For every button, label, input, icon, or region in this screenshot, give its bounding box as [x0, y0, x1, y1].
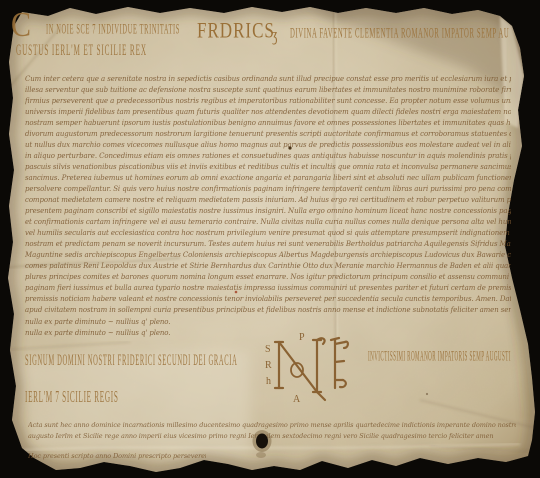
monogram-letter-r: R	[265, 360, 272, 371]
body-script-line: universis imperii fidelibus tam presenti…	[25, 108, 511, 116]
body-script-line: presentem paginam conscribi et sigillo m…	[25, 207, 511, 215]
recognitio-line: INVICTISSIMI ROMANOR IMPATORIS SEMP AUGU…	[368, 347, 511, 364]
signum-line1: SIGNUM DOMINI NOSTRI FRIDERICI SECUNDI D…	[25, 351, 238, 369]
charter-photo: C IN NOIE SCE 7 INDIVIDUE TRINITATIS FRD…	[0, 0, 540, 478]
body-script-last-line: nulla ex parte diminuto ~ nullius q' ple…	[25, 329, 375, 337]
small-mark	[426, 393, 428, 395]
body-script-line: premissis noticiam habere valeant et nos…	[25, 295, 511, 303]
body-script-line: illesa serventur que sub tuitione ac def…	[25, 86, 511, 94]
body-script-line: pascuis silvis venationibus piscationibu…	[25, 163, 511, 171]
intitulatio-name: FRDRICS	[197, 18, 275, 44]
body-script-line: nostram semper habuerunt ipsorum iustis …	[25, 119, 511, 127]
body-script-line: vel humilis secularis aut ecclesiastica …	[25, 229, 511, 237]
imperial-monogram: S R h P A	[263, 330, 363, 405]
body-script-line: divorum augustorum predecessorum nostror…	[25, 130, 511, 138]
monogram-letter-a: A	[293, 394, 301, 405]
datum-line1: Acta sunt hec anno dominice incarnationi…	[28, 421, 516, 429]
datum-line3: Hoc presenti scripto anno Domini prescri…	[28, 452, 206, 460]
monogram-letter-h: h	[266, 376, 271, 387]
invocation-line: IN NOIE SCE 7 INDIVIDUE TRINITATIS	[46, 20, 180, 37]
body-script-line: et confirmationis cartam infringere vel …	[25, 218, 511, 226]
body-script-line: in aliquo perturbare. Concedimus etiam e…	[25, 152, 511, 160]
body-script-line: plures principes comites et barones quor…	[25, 273, 511, 281]
body-script-line: componat medietatem camere nostre et rel…	[25, 196, 511, 204]
body-script-line: nulla ex parte diminuto ~ nullius q' ple…	[25, 318, 511, 326]
body-script-line: paginam fieri iussimus et bulla aurea ty…	[25, 284, 511, 292]
body-script-line: Cum inter cetera que a serenitate nostra…	[25, 75, 511, 83]
body-script-line: Maguntine sedis archiepiscopus Engelbert…	[25, 251, 511, 259]
datum-line2: augusto Ierlm et Sicilie rege anno imper…	[28, 432, 520, 440]
body-script-line: ut nullus dux marchio comes vicecomes nu…	[25, 141, 511, 149]
body-script-line: nostram et predictam penam se noverit in…	[25, 240, 511, 248]
damage-overlay	[0, 0, 540, 478]
body-script-line: firmius perseverent que a predecessoribu…	[25, 97, 511, 105]
body-script-line: comes palatinus Reni Leopoldus dux Austr…	[25, 262, 511, 270]
monogram-letter-s: S	[265, 344, 271, 355]
hole-stain	[256, 452, 266, 458]
body-script-line: apud civitatem nostram in sollempni curi…	[25, 306, 511, 314]
parchment-sheet	[0, 0, 540, 478]
body-script-line: sancimus. Preterea iubemus ut homines eo…	[25, 174, 511, 182]
intitulatio-line2: GUSTUS IERL'M ET SICILIE REX	[16, 40, 147, 59]
signum-line2: IERL'M 7 SICILIE REGIS	[25, 386, 119, 406]
body-script-line: persolvere compellantur. Si quis vero hu…	[25, 185, 511, 193]
intitulatio-abbreviation-mark: ʒ	[272, 24, 277, 47]
intitulatio-line1: DIVINA FAVENTE CLEMENTIA ROMANOR IMPATOR…	[290, 24, 509, 41]
